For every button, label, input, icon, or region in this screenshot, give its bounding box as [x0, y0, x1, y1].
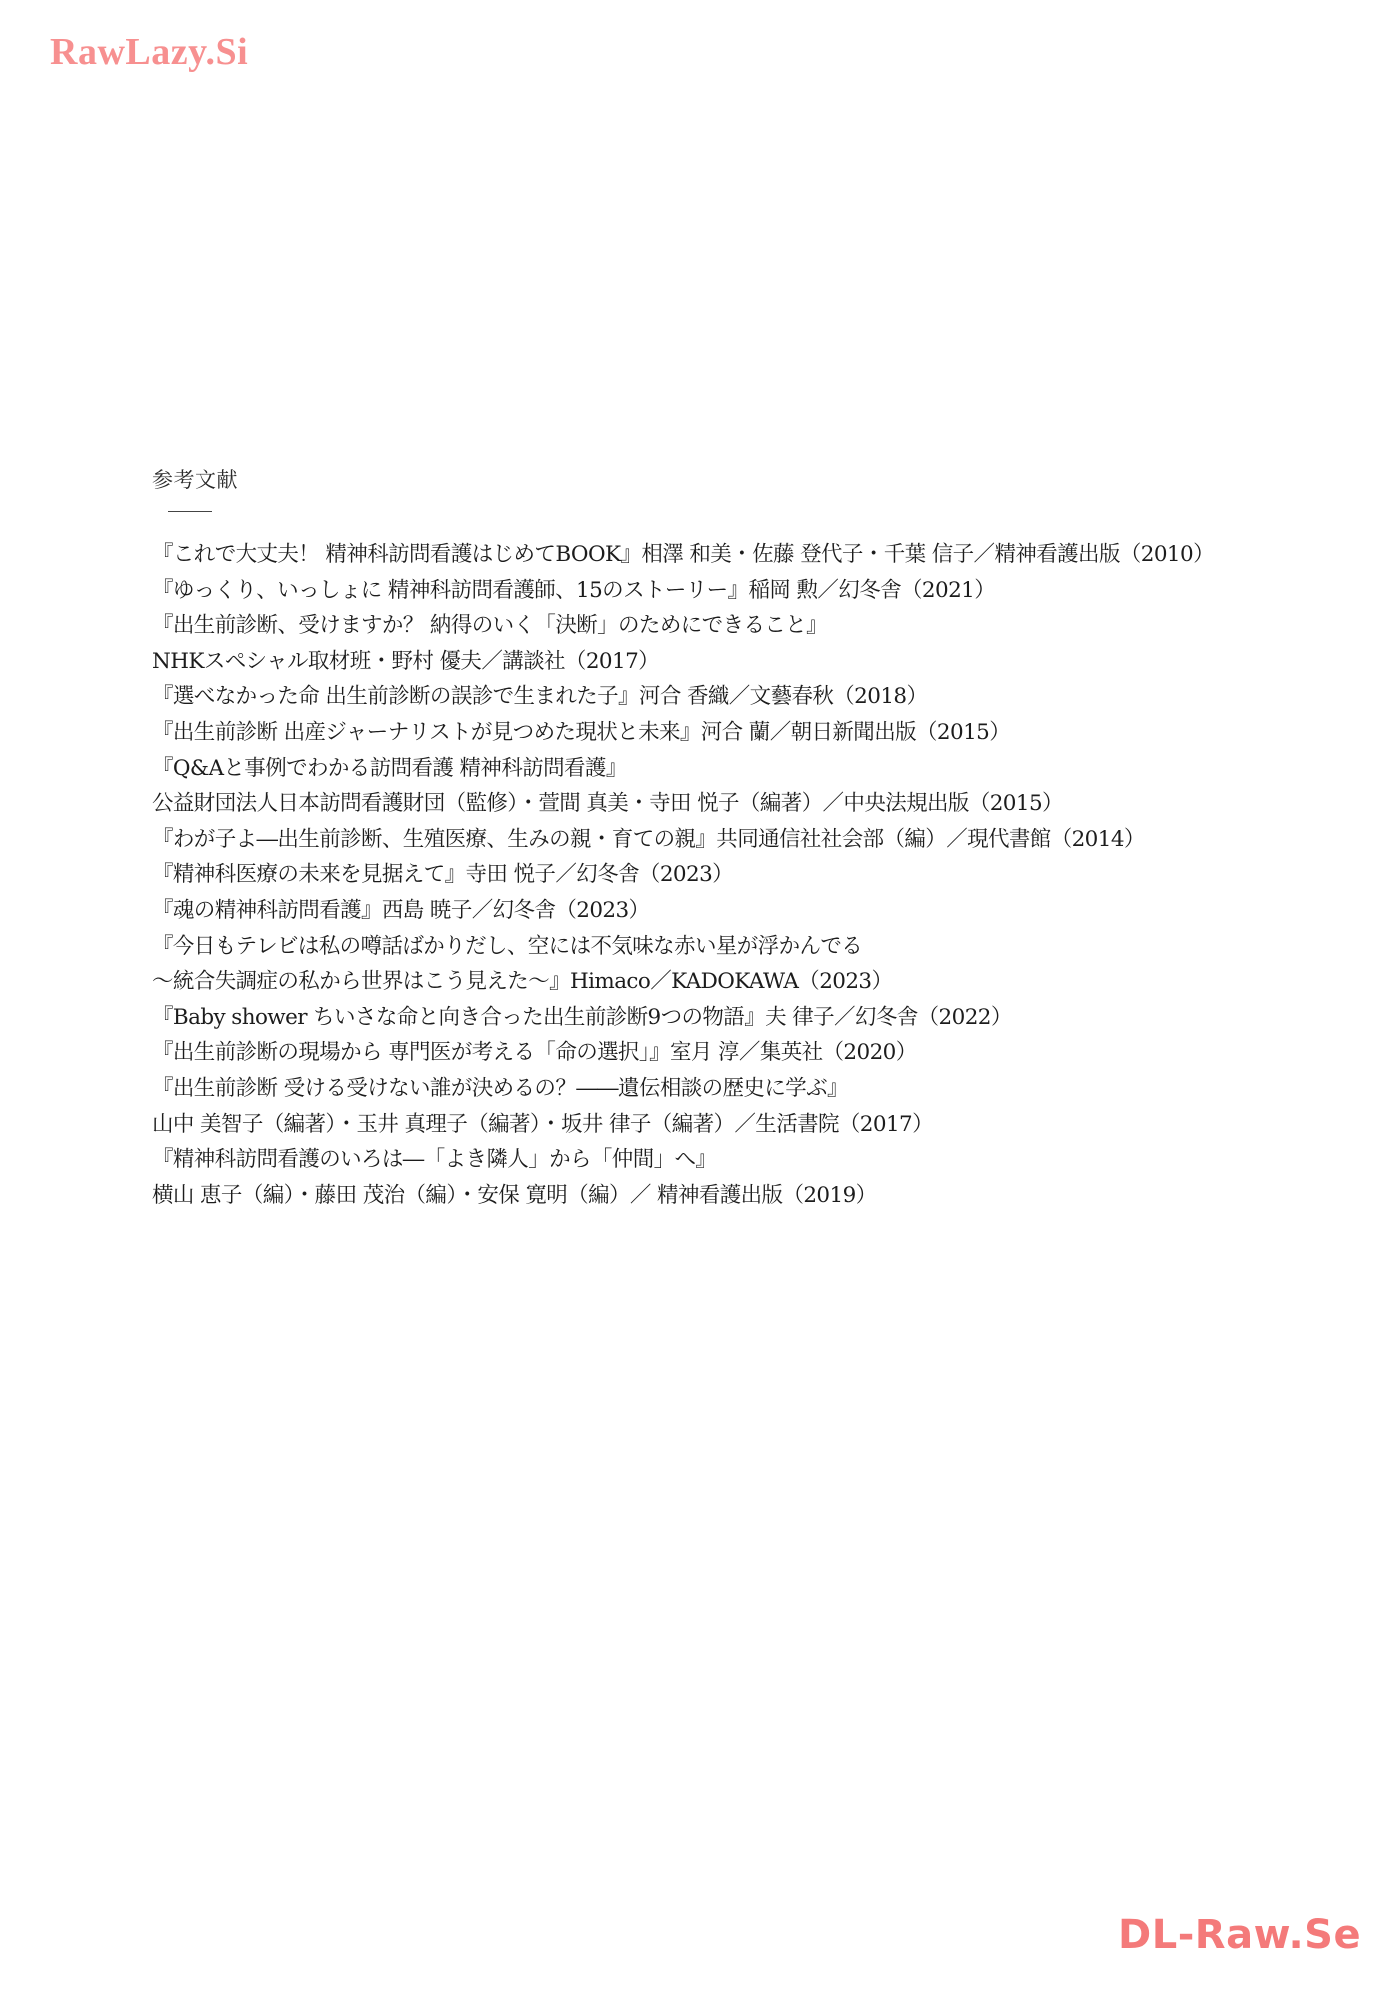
reference-line: 『精神科医療の未来を見据えて』寺田 悦子／幻冬舎（2023）: [152, 857, 1214, 893]
watermark-bottom-right: DL-Raw.Se: [1118, 1912, 1361, 1958]
reference-line: 『ゆっくり、いっしょに 精神科訪問看護師、15のストーリー』稲岡 勲／幻冬舎（2…: [152, 573, 1214, 609]
reference-line: 『これで大丈夫！ 精神科訪問看護はじめてBOOK』相澤 和美・佐藤 登代子・千葉…: [152, 537, 1214, 573]
reference-line: ～統合失調症の私から世界はこう見えた～』Himaco／KADOKAWA（2023…: [152, 964, 1214, 1000]
reference-line: 横山 恵子（編）・藤田 茂治（編）・安保 寛明（編）／ 精神看護出版（2019）: [152, 1178, 1214, 1214]
reference-line: 公益財団法人日本訪問看護財団（監修）・萱間 真美・寺田 悦子（編著）／中央法規出…: [152, 786, 1214, 822]
reference-line: 山中 美智子（編著）・玉井 真理子（編著）・坂井 律子（編著）／生活書院（201…: [152, 1107, 1214, 1143]
reference-line: 『魂の精神科訪問看護』西島 暁子／幻冬舎（2023）: [152, 893, 1214, 929]
reference-line: 『わが子よ―出生前診断、生殖医療、生みの親・育ての親』共同通信社社会部（編）／現…: [152, 822, 1214, 858]
page-title: 参考文献: [152, 466, 238, 494]
reference-line: 『出生前診断 受ける受けない誰が決めるの？――遺伝相談の歴史に学ぶ』: [152, 1071, 1214, 1107]
reference-line: 『Baby shower ちいさな命と向き合った出生前診断9つの物語』夫 律子／…: [152, 1000, 1214, 1036]
reference-line: 『出生前診断 出産ジャーナリストが見つめた現状と未来』河合 蘭／朝日新聞出版（2…: [152, 715, 1214, 751]
reference-line: 『出生前診断、受けますか？ 納得のいく「決断」のためにできること』: [152, 608, 1214, 644]
reference-line: 『出生前診断の現場から 専門医が考える「命の選択」』室月 淳／集英社（2020）: [152, 1035, 1214, 1071]
reference-list: 『これで大丈夫！ 精神科訪問看護はじめてBOOK』相澤 和美・佐藤 登代子・千葉…: [152, 537, 1214, 1213]
watermark-top-left: RawLazy.Si: [50, 30, 248, 74]
reference-line: 『精神科訪問看護のいろは―「よき隣人」から「仲間」へ』: [152, 1142, 1214, 1178]
reference-line: 『Q&Aと事例でわかる訪問看護 精神科訪問看護』: [152, 751, 1214, 787]
reference-line: 『選べなかった命 出生前診断の誤診で生まれた子』河合 香織／文藝春秋（2018）: [152, 679, 1214, 715]
heading-divider: [168, 511, 212, 512]
reference-line: 『今日もテレビは私の噂話ばかりだし、空には不気味な赤い星が浮かんでる: [152, 929, 1214, 965]
reference-line: NHKスペシャル取材班・野村 優夫／講談社（2017）: [152, 644, 1214, 680]
